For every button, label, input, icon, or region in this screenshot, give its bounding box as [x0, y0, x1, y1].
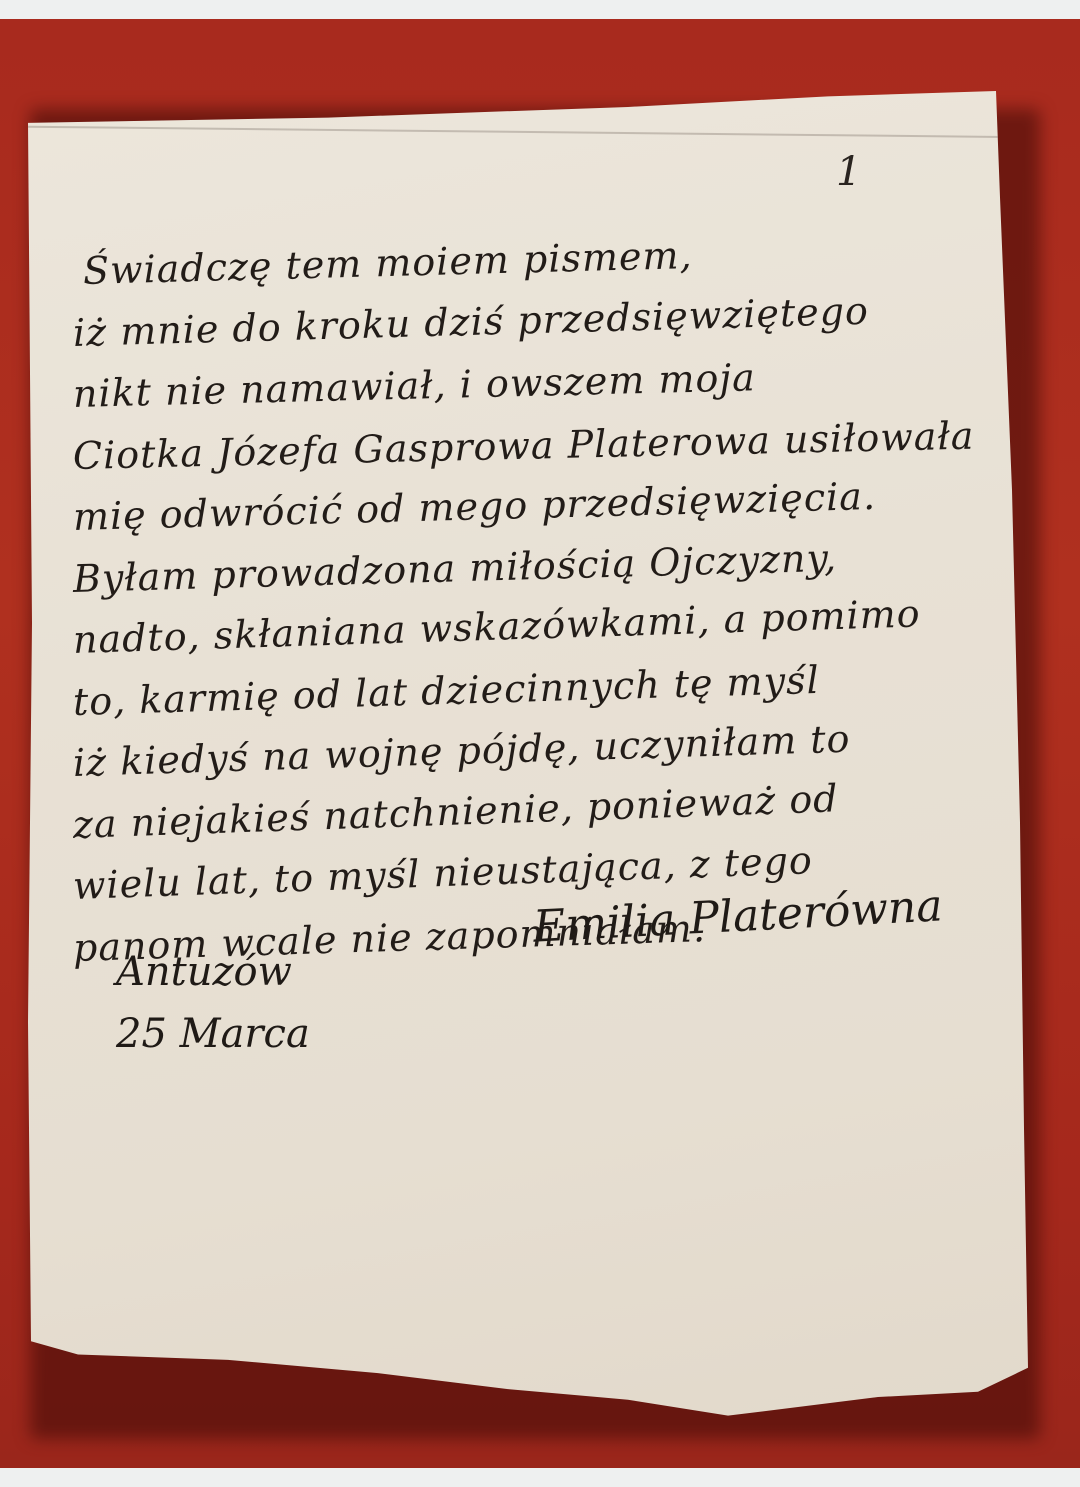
paper-fold-line: [28, 126, 1028, 138]
page-number: 1: [836, 149, 861, 195]
letter-paper: 1 Świadczę tem moiem pismem, iż mnie do …: [28, 91, 1028, 1421]
place: Antuzów: [116, 941, 310, 1003]
red-mount-background: 1 Świadczę tem moiem pismem, iż mnie do …: [0, 19, 1080, 1468]
letter-body: Świadczę tem moiem pismem, iż mnie do kr…: [73, 241, 1013, 979]
place-and-date: Antuzów 25 Marca: [116, 941, 310, 1065]
date: 25 Marca: [116, 1003, 310, 1065]
